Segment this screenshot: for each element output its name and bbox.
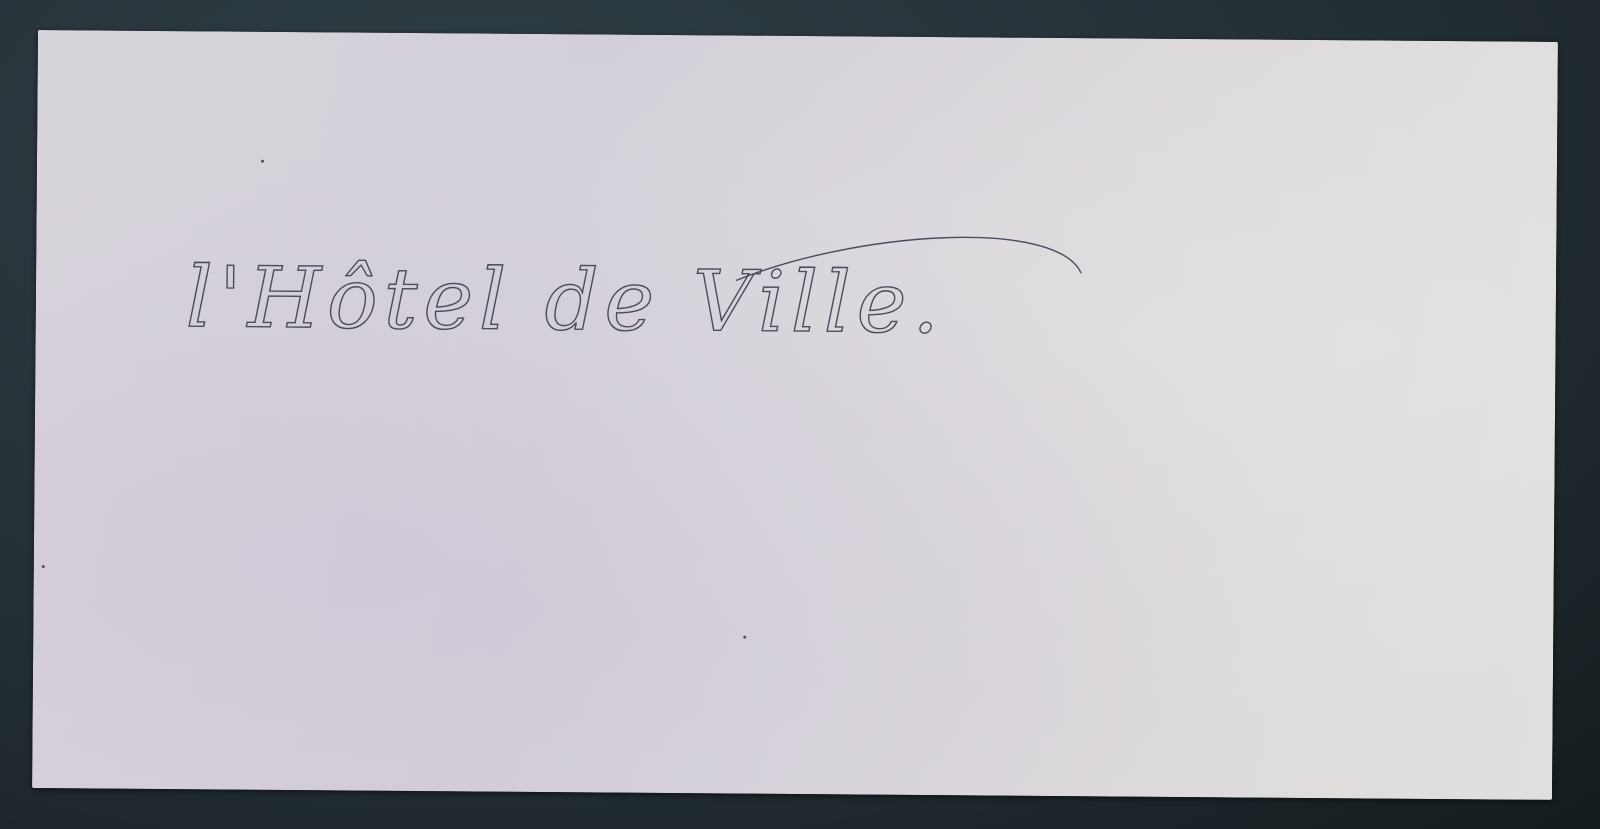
handwriting-svg: l'Hôtel de Ville.	[175, 216, 1116, 373]
handwritten-text: l'Hôtel de Ville.	[186, 248, 946, 352]
paper-speck	[261, 160, 264, 163]
paper-speck	[42, 565, 45, 568]
paper-card: l'Hôtel de Ville.	[32, 30, 1558, 800]
handwritten-inscription: l'Hôtel de Ville.	[175, 216, 1116, 373]
paper-speck	[743, 636, 746, 639]
